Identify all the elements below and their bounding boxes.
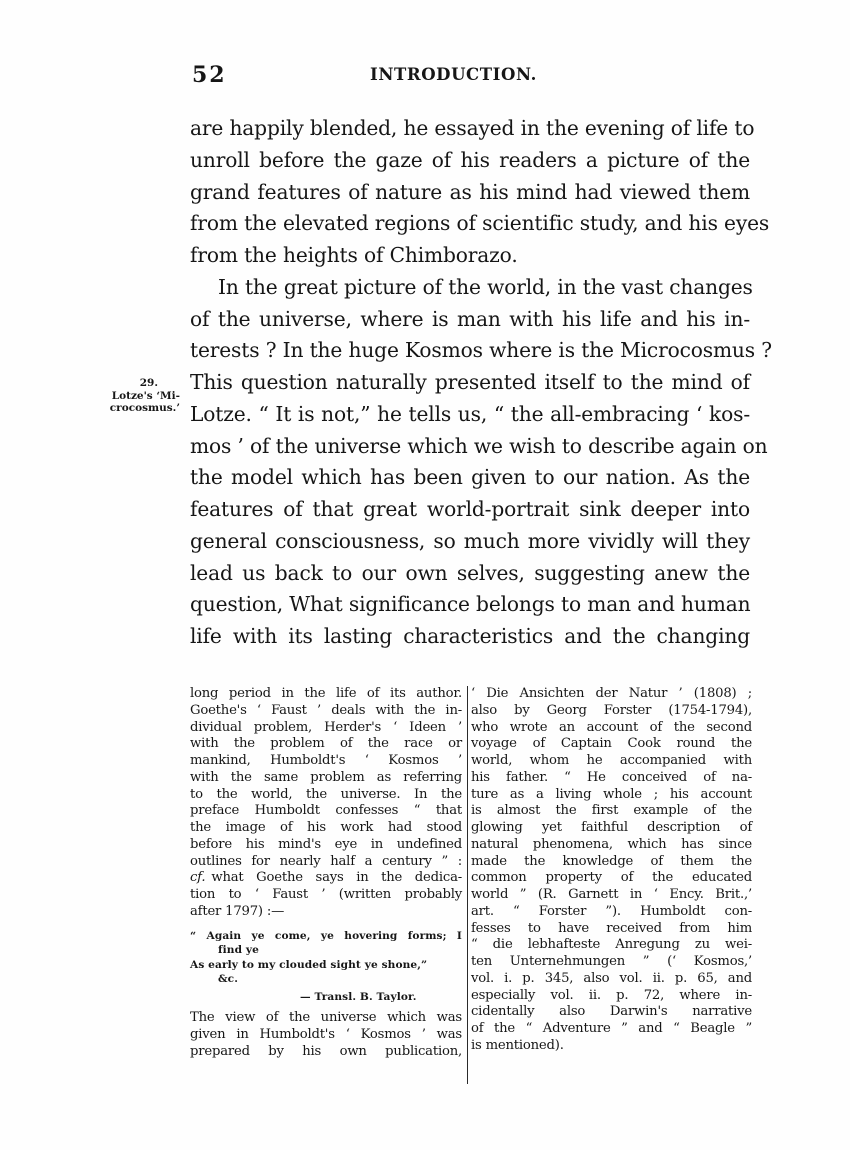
footnote-line: preface Humboldt confesses “ that (190, 803, 462, 820)
footnote-line: to the world, the universe. In the (190, 787, 462, 804)
footnote-line: ture as a living whole ; his account (471, 787, 752, 804)
margin-note-line: Lotze's ‘Mi- (96, 390, 180, 403)
footnote-line: of the “ Adventure ” and “ Beagle ” (471, 1021, 752, 1038)
body-line: general consciousness, so much more vivi… (190, 526, 750, 558)
body-line: are happily blended, he essayed in the e… (190, 113, 750, 145)
footnote-line: outlines for nearly half a century ” : (190, 854, 462, 871)
footnote-line: mankind, Humboldt's ‘ Kosmos ’ (190, 753, 462, 770)
main-body-text: are happily blended, he essayed in the e… (190, 113, 750, 653)
footnote-line: after 1797) :— (190, 904, 462, 921)
body-line: This question naturally presented itself… (190, 367, 750, 399)
margin-note: 29. Lotze's ‘Mi- crocosmus.’ (96, 377, 180, 415)
footnote-line: long period in the life of its author. (190, 686, 462, 703)
poem-attribution: — Transl. B. Taylor. (190, 990, 462, 1005)
footnote-line: also by Georg Forster (1754-1794), (471, 703, 752, 720)
poem-line: As early to my clouded sight ye shone,” (190, 958, 462, 973)
footnote-line: cidentally also Darwin's narrative (471, 1004, 752, 1021)
body-line: Lotze. “ It is not,” he tells us, “ the … (190, 399, 750, 431)
footnote-line: voyage of Captain Cook round the (471, 736, 752, 753)
footnote-column-left: long period in the life of its author. G… (190, 686, 462, 1060)
footnote-line: prepared by his own publication, (190, 1044, 462, 1061)
footnote-line: the image of his work had stood (190, 820, 462, 837)
footnote-line: common property of the educated (471, 870, 752, 887)
body-line: grand features of nature as his mind had… (190, 177, 750, 209)
footnote-line: with the problem of the race or (190, 736, 462, 753)
footnote-line: given in Humboldt's ‘ Kosmos ’ was (190, 1027, 462, 1044)
body-line: question, What significance belongs to m… (190, 589, 750, 621)
footnote-line: tion to ‘ Faust ’ (written probably (190, 887, 462, 904)
body-line: from the elevated regions of scientific … (190, 208, 750, 240)
body-line: terests ? In the huge Kosmos where is th… (190, 335, 750, 367)
footnotes: long period in the life of its author. G… (190, 686, 752, 1086)
footnote-line: is mentioned). (471, 1038, 752, 1055)
footnote-line: fesses to have received from him (471, 921, 752, 938)
body-line: the model which has been given to our na… (190, 462, 750, 494)
running-head: 52 INTRODUCTION. (190, 62, 750, 92)
footnote-line: ‘ Die Ansichten der Natur ’ (1808) ; (471, 686, 752, 703)
cf-abbreviation: cf. (190, 870, 205, 887)
body-line: unroll before the gaze of his readers a … (190, 145, 750, 177)
body-line: In the great picture of the world, in th… (190, 272, 750, 304)
footnote-line: world ” (R. Garnett in ‘ Ency. Brit.,’ (471, 887, 752, 904)
footnote-line: his father. “ He conceived of na- (471, 770, 752, 787)
footnote-line: ten Unternehmungen ” (‘ Kosmos,’ (471, 954, 752, 971)
footnote-line: who wrote an account of the second (471, 720, 752, 737)
footnote-line: especially vol. ii. p. 72, where in- (471, 988, 752, 1005)
running-title: INTRODUCTION. (370, 65, 537, 84)
footnote-line: world, whom he accompanied with (471, 753, 752, 770)
footnote-line: The view of the universe which was (190, 1010, 462, 1027)
footnote-line: art. “ Forster ”). Humboldt con- (471, 904, 752, 921)
body-line: mos ’ of the universe which we wish to d… (190, 431, 750, 463)
footnote-line: “ die lebhafteste Anregung zu wei- (471, 937, 752, 954)
book-page: 52 INTRODUCTION. 29. Lotze's ‘Mi- crocos… (0, 0, 850, 1150)
poem-line-continuation: &c. (190, 972, 462, 987)
footnote-line: Goethe's ‘ Faust ’ deals with the in- (190, 703, 462, 720)
footnote-column-right: ‘ Die Ansichten der Natur ’ (1808) ; als… (471, 686, 752, 1055)
poem-quotation: “ Again ye come, ye hovering forms; I fi… (190, 929, 462, 1005)
footnote-line: is almost the first example of the (471, 803, 752, 820)
poem-line-continuation: find ye (190, 943, 462, 958)
footnote-line: made the knowledge of them the (471, 854, 752, 871)
body-line: features of that great world-portrait si… (190, 494, 750, 526)
section-number: 29. (96, 377, 180, 390)
footnote-line-cf: cf.what Goethe says in the dedica- (190, 870, 462, 887)
footnote-line: with the same problem as referring (190, 770, 462, 787)
body-line: of the universe, where is man with his l… (190, 304, 750, 336)
footnote-line: natural phenomena, which has since (471, 837, 752, 854)
footnote-line: vol. i. p. 345, also vol. ii. p. 65, and (471, 971, 752, 988)
body-line: from the heights of Chimborazo. (190, 240, 750, 272)
footnote-line: glowing yet faithful description of (471, 820, 752, 837)
body-line: life with its lasting characteristics an… (190, 621, 750, 653)
footnote-line: before his mind's eye in undefined (190, 837, 462, 854)
footnote-line-text: what Goethe says in the dedica- (211, 870, 462, 887)
footnote-line: dividual problem, Herder's ‘ Ideen ’ (190, 720, 462, 737)
column-divider (467, 686, 468, 1084)
margin-note-line: crocosmus.’ (96, 402, 180, 415)
poem-line: “ Again ye come, ye hovering forms; I (190, 929, 462, 944)
page-number: 52 (192, 62, 227, 88)
body-line: lead us back to our own selves, suggesti… (190, 558, 750, 590)
